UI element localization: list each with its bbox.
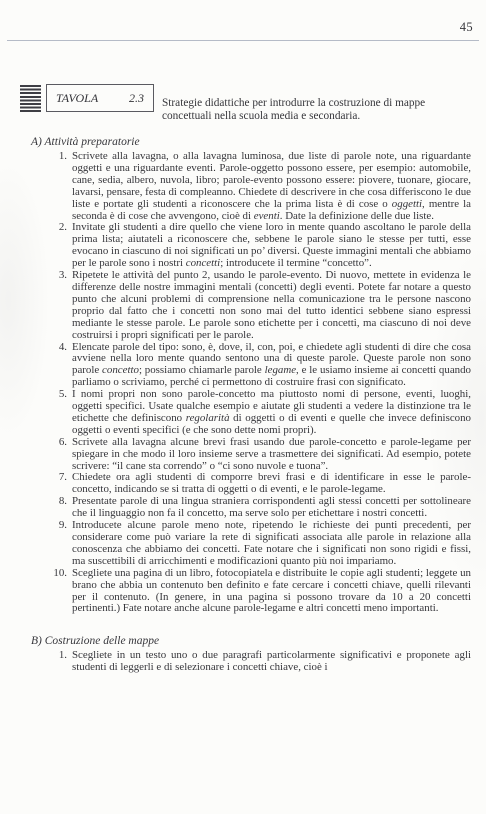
item-number: 7. xyxy=(51,472,72,496)
item-number: 3. xyxy=(51,270,72,341)
item-text: Scegliete una pagina di un libro, fotoco… xyxy=(72,568,471,616)
italic-run: regolarità xyxy=(186,412,230,424)
text-run: Chiedete ora agli studenti di comporre b… xyxy=(72,471,471,495)
text-run: Ripetete le attività del punto 2, usando… xyxy=(72,269,471,341)
item-number: 6. xyxy=(51,437,72,473)
list-item: 10.Scegliete una pagina di un libro, fot… xyxy=(51,568,471,616)
header-rule xyxy=(7,40,479,41)
section-heading: B) Costruzione delle mappe xyxy=(31,635,471,648)
item-text: Scrivete alla lavagna, o alla lavagna lu… xyxy=(72,151,471,222)
item-text: Ripetete le attività del punto 2, usando… xyxy=(72,270,471,341)
sections: A) Attività preparatorie1.Scrivete alla … xyxy=(31,136,471,674)
text-run: ; possiamo chiamarle parole xyxy=(139,364,265,376)
italic-run: legame xyxy=(265,364,296,376)
tavola-number: 2.3 xyxy=(129,91,144,106)
item-text: Scegliete in un testo uno o due paragraf… xyxy=(72,650,471,674)
italic-run: eventi xyxy=(254,210,280,222)
item-text: I nomi propri non sono parole-concetto m… xyxy=(72,389,471,437)
list-item: 1.Scegliete in un testo uno o due paragr… xyxy=(51,650,471,674)
section: B) Costruzione delle mappe1.Scegliete in… xyxy=(31,635,471,674)
item-number: 2. xyxy=(51,222,72,270)
text-run: Scrivete alla lavagna alcune brevi frasi… xyxy=(72,436,471,472)
list-item: 4.Elencate parole del tipo: sono, è, dov… xyxy=(51,342,471,390)
italic-run: concetti xyxy=(186,257,220,269)
tavola-block: TAVOLA 2.3 Strategie didattiche per intr… xyxy=(20,84,472,122)
item-number: 1. xyxy=(51,151,72,222)
item-text: Chiedete ora agli studenti di comporre b… xyxy=(72,472,471,496)
item-number: 10. xyxy=(51,568,72,616)
text-run: Presentate parole di una lingua stranier… xyxy=(72,495,471,519)
item-text: Invitate gli studenti a dire quello che … xyxy=(72,222,471,270)
list-item: 6.Scrivete alla lavagna alcune brevi fra… xyxy=(51,437,471,473)
section: A) Attività preparatorie1.Scrivete alla … xyxy=(31,136,471,615)
item-text: Introducete alcune parole meno note, rip… xyxy=(72,520,471,568)
section-heading: A) Attività preparatorie xyxy=(31,136,471,149)
list-item: 2.Invitate gli studenti a dire quello ch… xyxy=(51,222,471,270)
list-item: 5.I nomi propri non sono parole-concetto… xyxy=(51,389,471,437)
list-item: 8.Presentate parole di una lingua strani… xyxy=(51,496,471,520)
text-run: ; introducete il termine “concetto”. xyxy=(220,257,372,269)
italic-run: oggetti xyxy=(392,198,422,210)
list-item: 1.Scrivete alla lavagna, o alla lavagna … xyxy=(51,151,471,222)
item-text: Scrivete alla lavagna alcune brevi frasi… xyxy=(72,437,471,473)
text-run: Scegliete in un testo uno o due paragraf… xyxy=(72,649,471,673)
item-list: 1.Scrivete alla lavagna, o alla lavagna … xyxy=(51,151,471,615)
book-page: 45 TAVOLA 2.3 Strategie didattiche per i… xyxy=(0,0,486,814)
italic-run: concetto xyxy=(102,364,139,376)
item-list: 1.Scegliete in un testo uno o due paragr… xyxy=(51,650,471,674)
tavola-label: TAVOLA xyxy=(56,91,98,106)
text-run: Scegliete una pagina di un libro, fotoco… xyxy=(72,567,471,615)
stripes-icon xyxy=(20,85,41,112)
text-run: . Date la definizione delle due liste. xyxy=(280,210,434,222)
list-item: 9.Introducete alcune parole meno note, r… xyxy=(51,520,471,568)
item-number: 4. xyxy=(51,342,72,390)
tavola-caption: Strategie didattiche per introdurre la c… xyxy=(162,97,472,122)
item-number: 5. xyxy=(51,389,72,437)
item-text: Presentate parole di una lingua stranier… xyxy=(72,496,471,520)
item-number: 8. xyxy=(51,496,72,520)
item-text: Elencate parole del tipo: sono, è, dove,… xyxy=(72,342,471,390)
text-run: Introducete alcune parole meno note, rip… xyxy=(72,519,471,567)
list-item: 7.Chiedete ora agli studenti di comporre… xyxy=(51,472,471,496)
list-item: 3.Ripetete le attività del punto 2, usan… xyxy=(51,270,471,341)
item-number: 9. xyxy=(51,520,72,568)
page-number: 45 xyxy=(460,20,473,35)
tavola-box: TAVOLA 2.3 xyxy=(46,84,154,112)
item-number: 1. xyxy=(51,650,72,674)
